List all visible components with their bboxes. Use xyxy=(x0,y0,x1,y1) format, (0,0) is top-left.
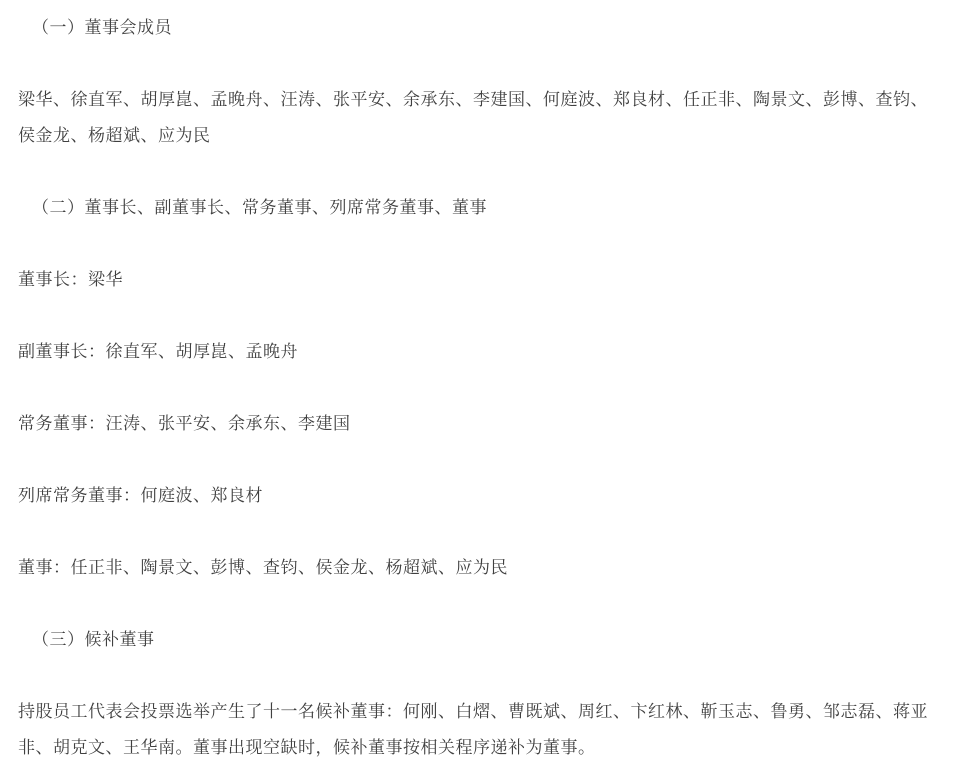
section-heading-board-members: （一）董事会成员 xyxy=(18,10,940,46)
section-heading-roles: （二）董事长、副董事长、常务董事、列席常务董事、董事 xyxy=(18,190,940,226)
document-body: （一）董事会成员 梁华、徐直军、胡厚崑、孟晚舟、汪涛、张平安、余承东、李建国、何… xyxy=(0,0,960,766)
observing-executive-directors-line: 列席常务董事：何庭波、郑良材 xyxy=(18,478,940,514)
vice-chairmen-line: 副董事长：徐直军、胡厚崑、孟晚舟 xyxy=(18,334,940,370)
alternate-directors-paragraph: 持股员工代表会投票选举产生了十一名候补董事：何刚、白熠、曹既斌、周红、卞红林、靳… xyxy=(18,694,940,766)
executive-directors-line: 常务董事：汪涛、张平安、余承东、李建国 xyxy=(18,406,940,442)
directors-line: 董事：任正非、陶景文、彭博、查钧、侯金龙、杨超斌、应为民 xyxy=(18,550,940,586)
chairman-line: 董事长：梁华 xyxy=(18,262,940,298)
board-members-list: 梁华、徐直军、胡厚崑、孟晚舟、汪涛、张平安、余承东、李建国、何庭波、郑良材、任正… xyxy=(18,82,940,154)
section-heading-alternate-directors: （三）候补董事 xyxy=(18,622,940,658)
